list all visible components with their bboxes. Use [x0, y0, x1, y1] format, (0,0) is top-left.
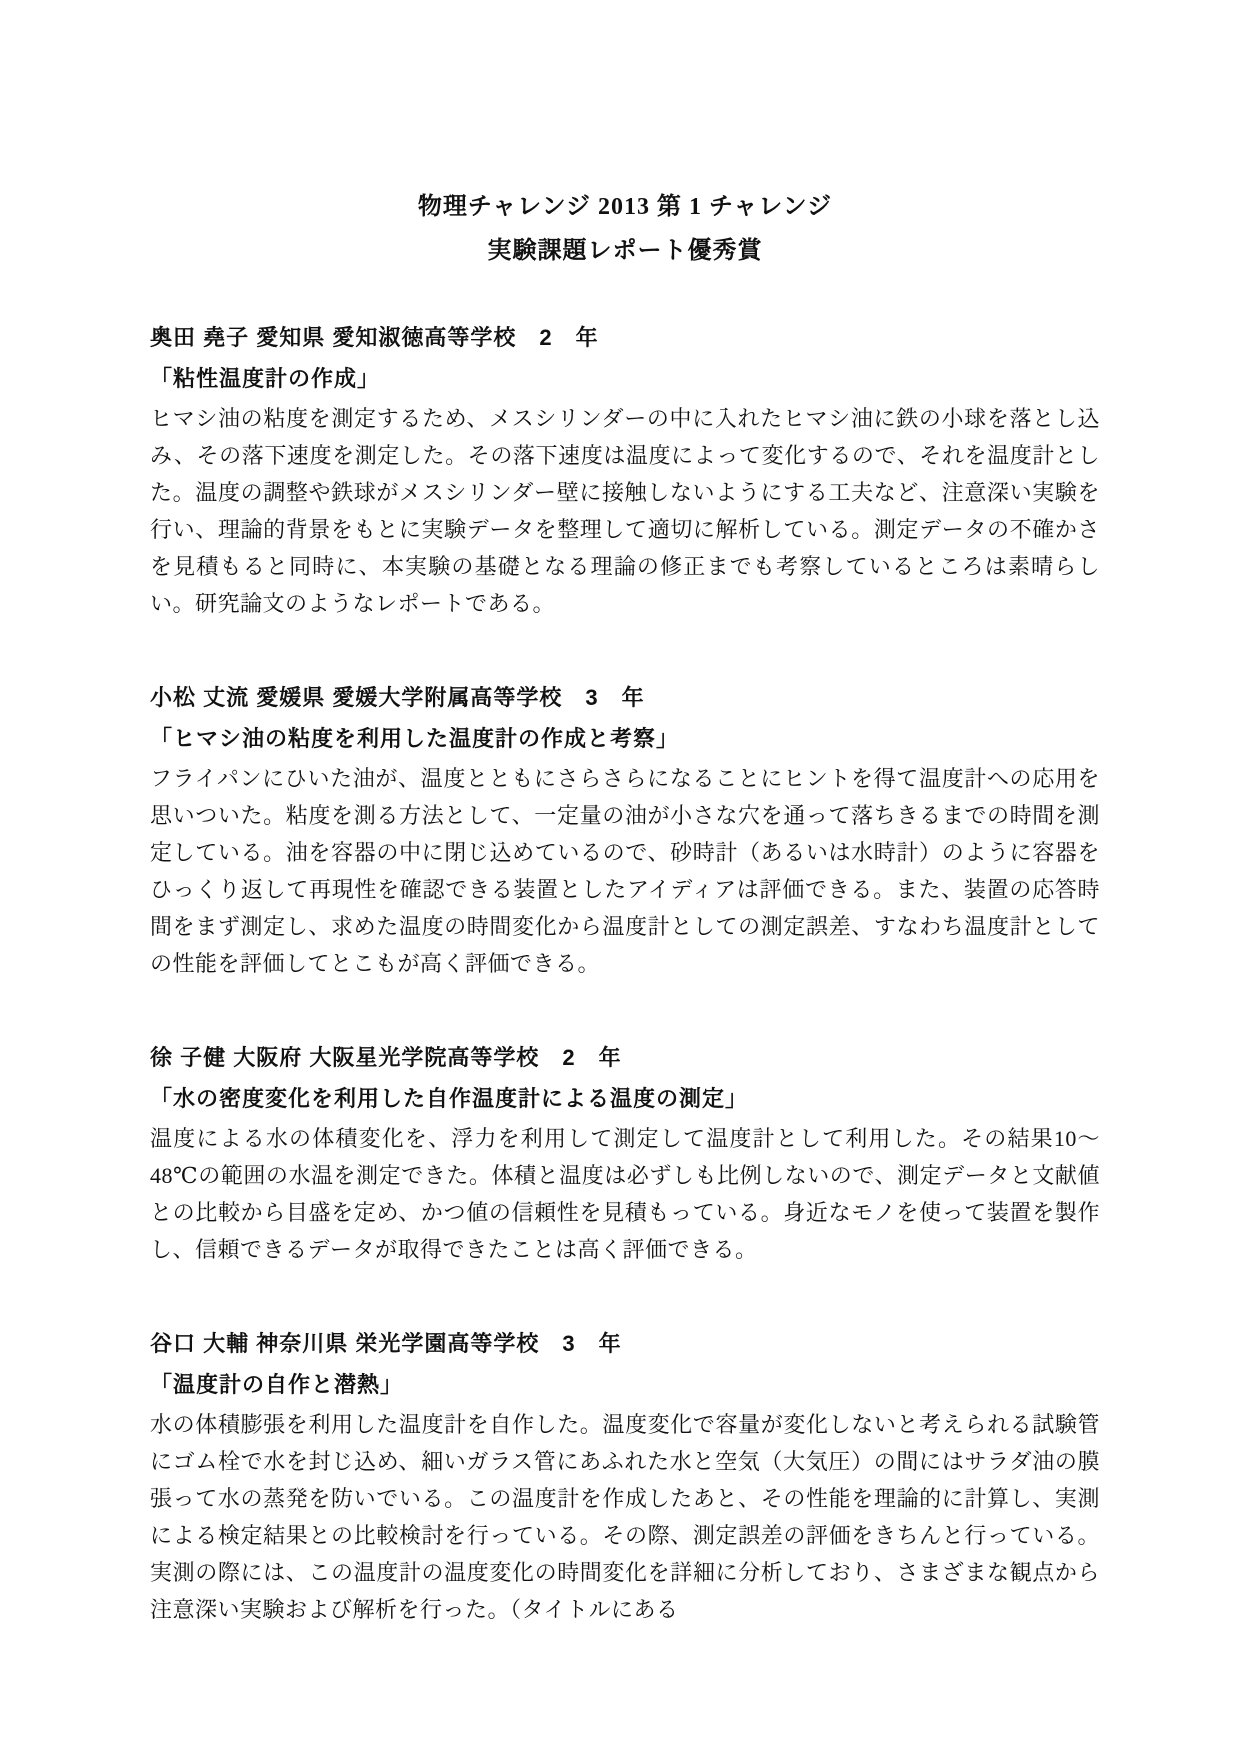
report-title: 「温度計の自作と潜熱」 — [150, 1366, 1100, 1404]
document-page: 物理チャレンジ 2013 第 1 チャレンジ 実験課題レポート優秀賞 奥田 堯子… — [0, 0, 1240, 1754]
report-title: 「粘性温度計の作成」 — [150, 360, 1100, 398]
document-title-line1: 物理チャレンジ 2013 第 1 チャレンジ — [150, 185, 1100, 229]
award-section-3: 徐 子健 大阪府 大阪星光学院高等学校 2 年 「水の密度変化を利用した自作温度… — [150, 1039, 1100, 1268]
award-section-4: 谷口 大輔 神奈川県 栄光学園高等学校 3 年 「温度計の自作と潜熱」 水の体積… — [150, 1325, 1100, 1628]
recipient-line: 谷口 大輔 神奈川県 栄光学園高等学校 3 年 — [150, 1325, 1100, 1363]
recipient-line: 徐 子健 大阪府 大阪星光学院高等学校 2 年 — [150, 1039, 1100, 1077]
report-body: ヒマシ油の粘度を測定するため、メスシリンダーの中に入れたヒマシ油に鉄の小球を落と… — [150, 400, 1100, 622]
recipient-line: 奥田 堯子 愛知県 愛知淑徳高等学校 2 年 — [150, 319, 1100, 357]
report-body: 水の体積膨張を利用した温度計を自作した。温度変化で容量が変化しないと考えられる試… — [150, 1406, 1100, 1628]
document-title: 物理チャレンジ 2013 第 1 チャレンジ 実験課題レポート優秀賞 — [150, 185, 1100, 273]
document-title-line2: 実験課題レポート優秀賞 — [150, 229, 1100, 273]
report-body: フライパンにひいた油が、温度とともにさらさらになることにヒントを得て温度計への応… — [150, 760, 1100, 982]
report-title: 「ヒマシ油の粘度を利用した温度計の作成と考察」 — [150, 720, 1100, 758]
report-title: 「水の密度変化を利用した自作温度計による温度の測定」 — [150, 1080, 1100, 1118]
recipient-line: 小松 丈流 愛媛県 愛媛大学附属高等学校 3 年 — [150, 679, 1100, 717]
award-section-1: 奥田 堯子 愛知県 愛知淑徳高等学校 2 年 「粘性温度計の作成」 ヒマシ油の粘… — [150, 319, 1100, 622]
award-section-2: 小松 丈流 愛媛県 愛媛大学附属高等学校 3 年 「ヒマシ油の粘度を利用した温度… — [150, 679, 1100, 982]
report-body: 温度による水の体積変化を、浮力を利用して測定して温度計として利用した。その結果1… — [150, 1120, 1100, 1268]
